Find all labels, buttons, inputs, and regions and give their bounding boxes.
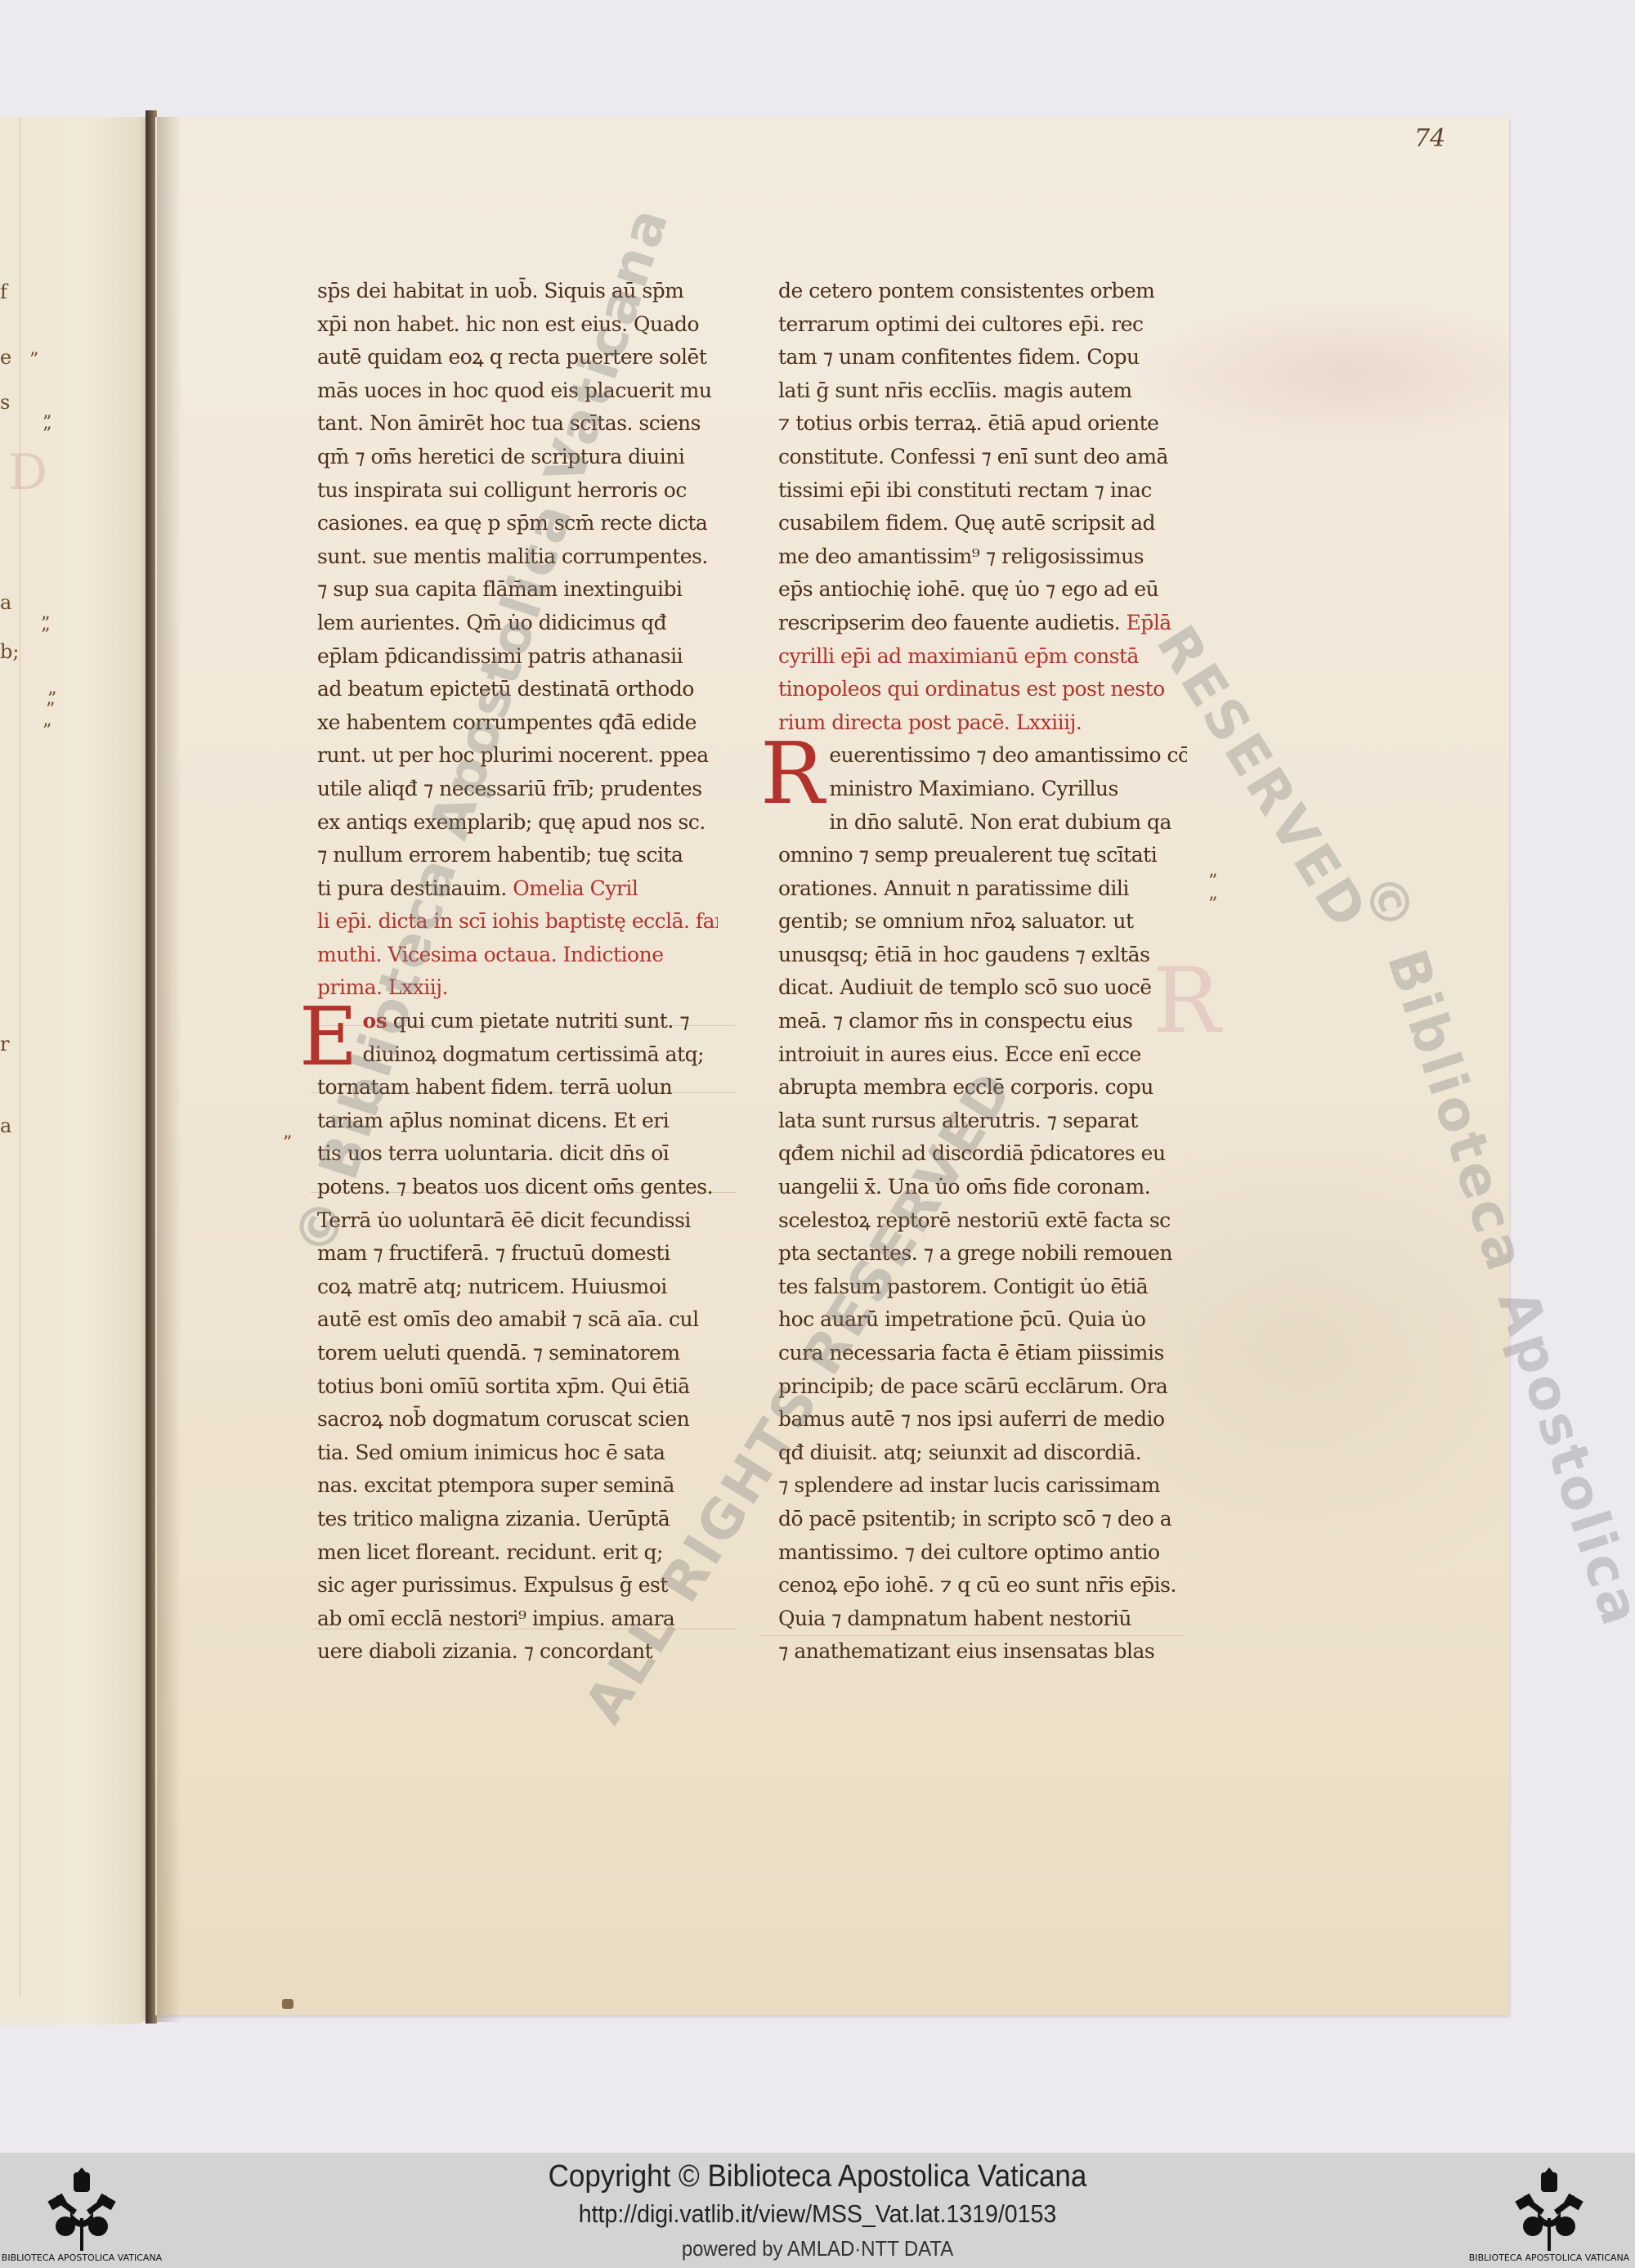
text-line-with-rubric: ti pura destinauim. Omelia Cyril <box>317 872 718 906</box>
text-line: mam ⁊ fructiferā. ⁊ fructuū domesti <box>317 1237 718 1271</box>
text-segment: rescripserim deo fauente audietis. <box>778 611 1120 634</box>
text-line: Quia ⁊ dampnatum habent nestoriū <box>778 1602 1187 1636</box>
text-line: tus inspirata sui colligunt herroris oc <box>317 474 718 508</box>
margin-mark: ” <box>43 721 50 742</box>
text-line: ep̄s antiochię iohē. quę u̇o ⁊ ego ad eū <box>778 573 1187 607</box>
text-line: uangelii x̄. Una u̇o om̄s fide coronam. <box>778 1171 1187 1204</box>
text-line: cusabilem fidem. Quę autē scripsit ad <box>778 507 1187 540</box>
text-line: qđ diuisit. atq; seiunxit ad discordiā. <box>778 1437 1187 1470</box>
text-line: mantissimo. ⁊ dei cultore optimo antio <box>778 1536 1187 1570</box>
text-line: qm̄ ⁊ om̄s heretici de scriptura diuini <box>317 441 718 474</box>
text-line: constitute. Confessi ⁊ enī sunt deo amā <box>778 441 1187 474</box>
vatican-library-logo-icon: BIBLIOTECA APOSTOLICA VATICANA <box>1467 2161 1631 2263</box>
decorated-initial: R <box>760 739 824 808</box>
text-line: ⁊ totius orbis terraꝝ. ētiā apud oriente <box>778 407 1187 441</box>
rubric-line: cyrilli ep̄i ad maximianū ep̄m constā <box>778 640 1187 674</box>
text-line: me deo amantissim⁹ ⁊ religosissimus <box>778 540 1187 574</box>
ruling-line <box>20 117 20 1997</box>
text-line: lati ḡ sunt nr̄is ecclīis. magis autem <box>778 374 1187 408</box>
text-fragment: r <box>0 1033 9 1056</box>
text-line: in dn̄o salutē. Non erat dubium qa <box>829 806 1187 840</box>
text-column-right: de cetero pontem consistentes orbem terr… <box>778 275 1187 1669</box>
text-line: ⁊ splendere ad instar lucis carissimam <box>778 1469 1187 1503</box>
text-line: cenoꝝ ep̄o iohē. ⁊ q cū eo sunt nr̄is ep… <box>778 1569 1187 1602</box>
text-line: de cetero pontem consistentes orbem <box>778 275 1187 308</box>
text-line: dō pacē psitentib; in scripto scō ⁊ deo … <box>778 1503 1187 1536</box>
text-line: ex antiqs exemplarib; quę apud nos sc. <box>317 806 718 840</box>
text-line: dicat. Audiuit de templo scō suo uocē <box>778 971 1187 1005</box>
margin-mark: ” <box>43 424 50 445</box>
folio-number: 74 <box>1414 124 1445 153</box>
permalink-url[interactable]: http://digi.vatlib.it/view/MSS_Vat.lat.1… <box>65 2199 1570 2229</box>
text-fragment: b; <box>0 640 19 663</box>
margin-mark: ” <box>1208 872 1216 892</box>
text-line: omnino ⁊ semp preualerent tuę scītati <box>778 839 1187 872</box>
rubric-heading: Ep̄lā <box>1127 611 1171 634</box>
text-line: tant. Non āmirēt hoc tua scītas. sciens <box>317 407 718 441</box>
text-line: meā. ⁊ clamor m̄s in conspectu eius <box>778 1005 1187 1038</box>
rubric-heading: Omelia Cyril <box>513 876 638 900</box>
rubric-line: li ep̄i. dicta in scī iohis baptistę ecc… <box>317 905 718 939</box>
margin-mark: ” <box>283 1133 290 1154</box>
gutter-shadow <box>157 117 181 2022</box>
text-line: scelestoꝝ reptorē nestoriū extē facta sc <box>778 1204 1187 1238</box>
text-line-with-rubric: rescripserim deo fauente audietis. Ep̄lā <box>778 607 1187 640</box>
parchment-stain <box>282 1999 293 2009</box>
text-line: gentib; se omnium nr̄oꝝ saluator. ut <box>778 905 1187 939</box>
text-line: tam ⁊ unam confitentes fidem. Copu <box>778 341 1187 374</box>
text-fragment: e <box>0 346 11 369</box>
text-line: potens. ⁊ beatos uos dicent om̄s gentes. <box>317 1171 718 1204</box>
text-line: unusqsq; ētiā in hoc gaudens ⁊ exltās <box>778 939 1187 972</box>
text-line: nas. excitat ptempora super seminā <box>317 1469 718 1503</box>
text-fragment: s <box>0 391 10 414</box>
text-line: runt. ut per hoc plurimi nocerent. ppea <box>317 739 718 773</box>
text-fragment: f <box>0 280 7 303</box>
text-line: tia. Sed omium inimicus hoc ē sata <box>317 1437 718 1470</box>
show-through-initial: R <box>1153 948 1221 1053</box>
text-line: autē est omīs deo amabił ⁊ scā aīa. cul <box>317 1303 718 1337</box>
text-line: totius boni omīū sortita xp̄m. Qui ētiā <box>317 1370 718 1404</box>
text-segment: qui cum pietate nutriti sunt. ⁊ <box>393 1009 689 1033</box>
svg-text:BIBLIOTECA APOSTOLICA VATICANA: BIBLIOTECA APOSTOLICA VATICANA <box>1469 2252 1630 2263</box>
text-line: mās uoces in hoc quod eis placuerit mu <box>317 374 718 408</box>
copyright-text: Copyright © Biblioteca Apostolica Vatica… <box>65 2159 1570 2194</box>
margin-mark: ” <box>29 350 37 370</box>
viewer-footer: BIBLIOTECA APOSTOLICA VATICANA Copyright… <box>0 2153 1635 2268</box>
text-line: terrarum optimi dei cultores ep̄i. rec <box>778 308 1187 342</box>
text-line: ⁊ nullum errorem habentib; tuę scita <box>317 839 718 872</box>
text-line: tissimi ep̄i ibi constituti rectam ⁊ ina… <box>778 474 1187 508</box>
text-line: Terrā u̇o uoluntarā ēē dicit fecundissi <box>317 1204 718 1238</box>
rubric-line: tinopoleos qui ordinatus est post nesto <box>778 673 1187 706</box>
text-line: utile aliqđ ⁊ necessariū frīb; prudentes <box>317 773 718 806</box>
text-line: sacroꝝ nob̄ dogmatum coruscat scien <box>317 1403 718 1437</box>
text-line: coꝝ matrē atq; nutricem. Huiusmoi <box>317 1271 718 1304</box>
show-through-initial: D <box>8 444 47 501</box>
rubric-line: rium directa post pacē. Lxxiiij. <box>778 706 1187 740</box>
text-line: diuinoꝝ dogmatum certissimā atq; <box>363 1038 718 1072</box>
previous-leaf: f e s D a b; r a ” ” ” ” ” ” ” ” <box>0 117 150 2024</box>
margin-mark: ” <box>41 625 48 646</box>
text-line: ministro Maximiano. Cyrillus <box>829 773 1187 806</box>
text-line: bamus autē ⁊ nos ipsi auferri de medio <box>778 1403 1187 1437</box>
text-line: torem ueluti quendā. ⁊ seminatorem <box>317 1337 718 1370</box>
text-fragment: a <box>0 1114 11 1137</box>
text-line: tes tritico maligna zizania. Uerūptā <box>317 1503 718 1536</box>
text-line: autē quidam eoꝝ q recta puertere solēt <box>317 341 718 374</box>
margin-mark: ” <box>46 700 53 720</box>
text-line: ⁊ anathematizant eius insensatas blas <box>778 1635 1187 1669</box>
text-line: pta sectantes. ⁊ a grege nobili remouen <box>778 1237 1187 1271</box>
text-line: xp̄i non habet. hic non est eius. Quado <box>317 308 718 342</box>
text-fragment: a <box>0 591 11 614</box>
margin-mark: ” <box>1208 894 1216 915</box>
text-line: orationes. Annuit n paratissime dili <box>778 872 1187 906</box>
powered-by-text: powered by AMLAD·NTT DATA <box>65 2236 1570 2261</box>
text-line: euerentissimo ⁊ deo amantissimo cō <box>829 739 1187 773</box>
